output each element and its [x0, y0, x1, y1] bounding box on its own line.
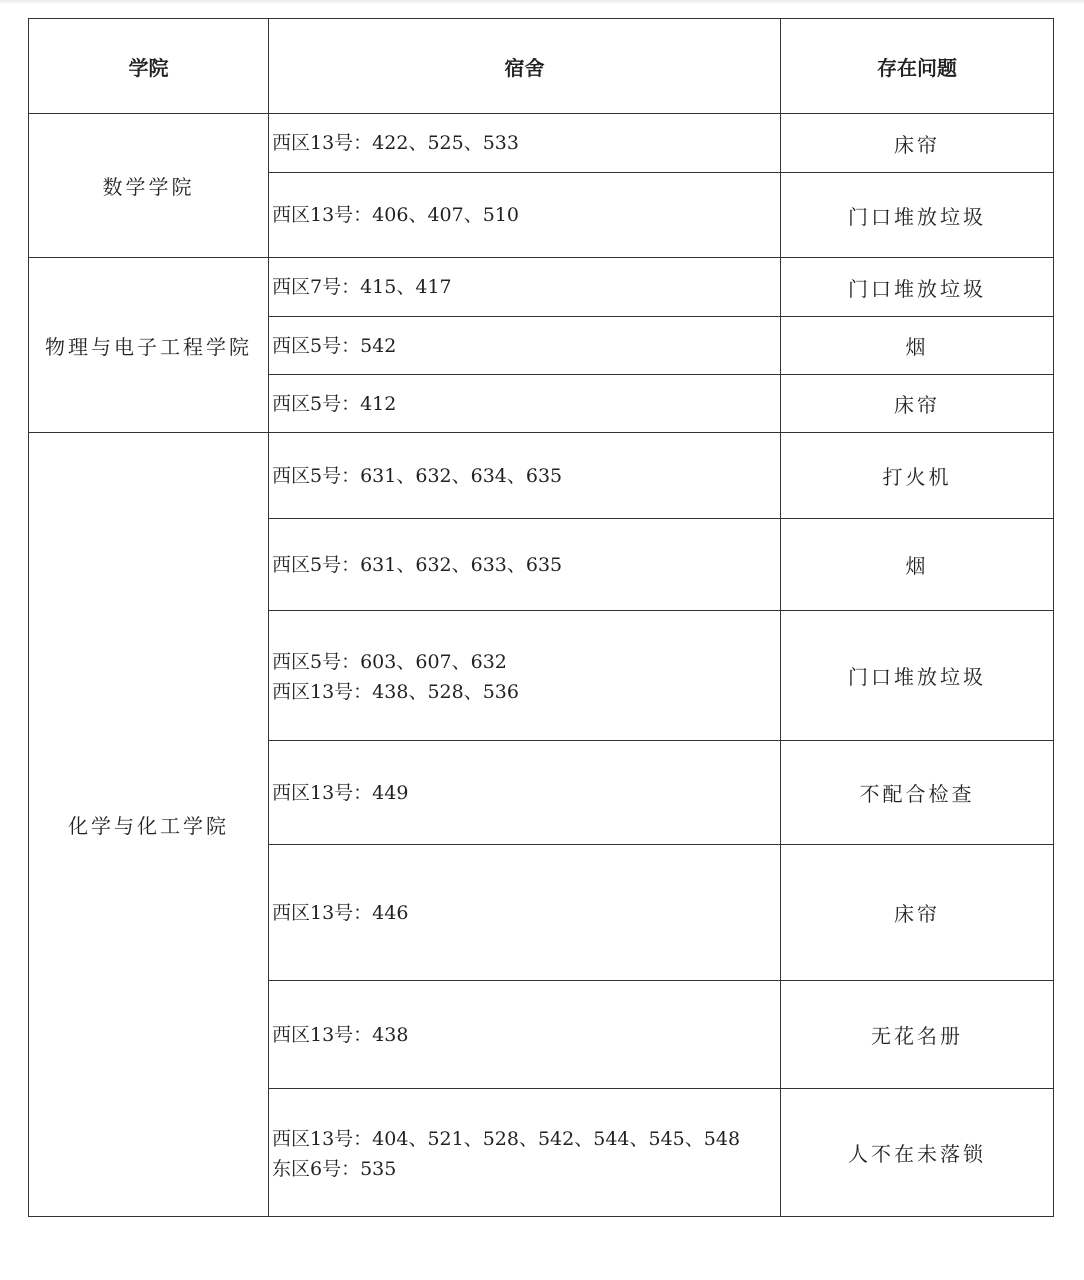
- table-row: 化学与化工学院 西区5号：631、632、634、635 打火机: [29, 433, 1054, 519]
- issue-cell: 无花名册: [781, 981, 1054, 1089]
- dorm-inspection-table: 学院 宿舍 存在问题 数学学院 西区13号：422、525、533 床帘 西区1…: [28, 18, 1054, 1217]
- issue-cell: 烟: [781, 317, 1054, 375]
- college-cell: 化学与化工学院: [29, 433, 269, 1217]
- dorm-cell: 西区13号：422、525、533: [269, 114, 781, 173]
- issue-cell: 床帘: [781, 845, 1054, 981]
- issue-cell: 门口堆放垃圾: [781, 258, 1054, 317]
- dorm-cell: 西区13号：404、521、528、542、544、545、548 东区6号：5…: [269, 1089, 781, 1217]
- dorm-cell: 西区5号：542: [269, 317, 781, 375]
- dorm-cell: 西区13号：438: [269, 981, 781, 1089]
- issue-cell: 床帘: [781, 375, 1054, 433]
- header-dorm: 宿舍: [269, 19, 781, 114]
- issue-cell: 床帘: [781, 114, 1054, 173]
- header-row: 学院 宿舍 存在问题: [29, 19, 1054, 114]
- table-row: 物理与电子工程学院 西区7号：415、417 门口堆放垃圾: [29, 258, 1054, 317]
- issue-cell: 不配合检查: [781, 741, 1054, 845]
- dorm-cell: 西区5号：631、632、634、635: [269, 433, 781, 519]
- dorm-cell: 西区13号：406、407、510: [269, 173, 781, 258]
- table-row: 数学学院 西区13号：422、525、533 床帘: [29, 114, 1054, 173]
- dorm-cell: 西区5号：412: [269, 375, 781, 433]
- dorm-cell: 西区5号：631、632、633、635: [269, 519, 781, 611]
- dorm-cell: 西区5号：603、607、632 西区13号：438、528、536: [269, 611, 781, 741]
- issue-cell: 人不在未落锁: [781, 1089, 1054, 1217]
- college-cell: 物理与电子工程学院: [29, 258, 269, 433]
- issue-cell: 门口堆放垃圾: [781, 611, 1054, 741]
- dorm-cell: 西区13号：449: [269, 741, 781, 845]
- dorm-cell: 西区7号：415、417: [269, 258, 781, 317]
- issue-cell: 烟: [781, 519, 1054, 611]
- header-college: 学院: [29, 19, 269, 114]
- college-cell: 数学学院: [29, 114, 269, 258]
- dorm-cell: 西区13号：446: [269, 845, 781, 981]
- header-issue: 存在问题: [781, 19, 1054, 114]
- issue-cell: 打火机: [781, 433, 1054, 519]
- issue-cell: 门口堆放垃圾: [781, 173, 1054, 258]
- top-shadow: [0, 0, 1084, 4]
